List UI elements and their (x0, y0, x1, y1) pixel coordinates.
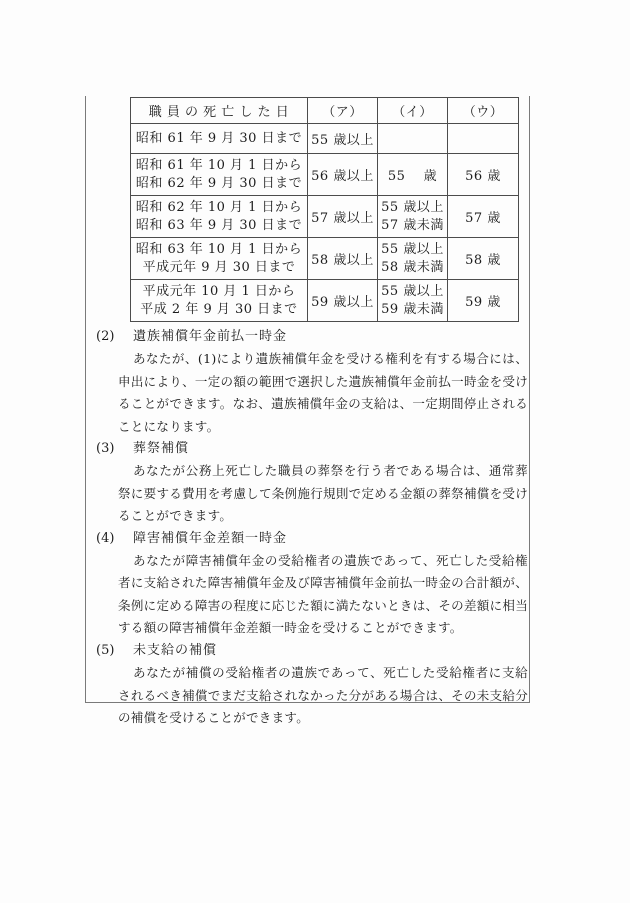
clause-number: (2) (96, 326, 133, 348)
clause-number: (4) (96, 528, 133, 550)
cell-death-date: 昭和 61 年 10 月 1 日から 昭和 62 年 9 月 30 日まで (131, 154, 308, 196)
document-page: 職 員 の 死 亡 し た 日 （ア） （イ） （ウ） 昭和 61 年 9 月 … (0, 0, 630, 903)
cell-a: 57 歳以上 (308, 196, 378, 238)
clause-body: あなたが公務上死亡した職員の葬祭を行う者である場合は、通常葬祭に要する費用を考慮… (118, 460, 528, 527)
cell-i: 55 歳以上 57 歳未満 (378, 196, 448, 238)
clause-disability-pension-balance-lump-sum: (4) 障害補償年金差額一時金 あなたが障害補償年金の受給権者の遺族であって、死… (96, 528, 520, 640)
cell-u: 58 歳 (448, 238, 519, 280)
table-row: 昭和 63 年 10 月 1 日から 平成元年 9 月 30 日まで 58 歳以… (131, 238, 519, 280)
col-header-i: （イ） (378, 98, 448, 124)
cell-i: 55 歳 (378, 154, 448, 196)
table-row: 昭和 62 年 10 月 1 日から 昭和 63 年 9 月 30 日まで 57… (131, 196, 519, 238)
page-frame: 職 員 の 死 亡 し た 日 （ア） （イ） （ウ） 昭和 61 年 9 月 … (85, 96, 530, 703)
cell-i (378, 124, 448, 154)
col-header-death-date: 職 員 の 死 亡 し た 日 (131, 98, 308, 124)
table-row: 昭和 61 年 9 月 30 日まで 55 歳以上 (131, 124, 519, 154)
cell-a: 59 歳以上 (308, 280, 378, 322)
clause-heading: (3) 葬祭補償 (96, 438, 520, 460)
clause-number: (5) (96, 640, 133, 662)
clause-heading: (2) 遺族補償年金前払一時金 (96, 326, 520, 348)
clause-title: 障害補償年金差額一時金 (133, 528, 287, 550)
cell-death-date: 昭和 62 年 10 月 1 日から 昭和 63 年 9 月 30 日まで (131, 196, 308, 238)
table-row: 昭和 61 年 10 月 1 日から 昭和 62 年 9 月 30 日まで 56… (131, 154, 519, 196)
cell-u: 56 歳 (448, 154, 519, 196)
col-header-u: （ウ） (448, 98, 519, 124)
cell-a: 58 歳以上 (308, 238, 378, 280)
clause-title: 葬祭補償 (133, 438, 189, 460)
cell-u (448, 124, 519, 154)
clause-survivor-advance-lump-sum: (2) 遺族補償年金前払一時金 あなたが、(1)により遺族補償年金を受ける権利を… (96, 326, 520, 438)
clause-body: あなたが、(1)により遺族補償年金を受ける権利を有する場合には、申出により、一定… (118, 348, 528, 438)
clauses: (2) 遺族補償年金前払一時金 あなたが、(1)により遺族補償年金を受ける権利を… (96, 326, 520, 729)
clause-body: あなたが補償の受給権者の遺族であって、死亡した受給権者に支給されるべき補償でまだ… (118, 662, 528, 729)
cell-a: 55 歳以上 (308, 124, 378, 154)
cell-death-date: 平成元年 10 月 1 日から 平成 2 年 9 月 30 日まで (131, 280, 308, 322)
clause-body: あなたが障害補償年金の受給権者の遺族であって、死亡した受給権者に支給された障害補… (118, 550, 528, 640)
cell-death-date: 昭和 63 年 10 月 1 日から 平成元年 9 月 30 日まで (131, 238, 308, 280)
table-row: 平成元年 10 月 1 日から 平成 2 年 9 月 30 日まで 59 歳以上… (131, 280, 519, 322)
clause-funeral-compensation: (3) 葬祭補償 あなたが公務上死亡した職員の葬祭を行う者である場合は、通常葬祭… (96, 438, 520, 528)
cell-i: 55 歳以上 58 歳未満 (378, 238, 448, 280)
clause-heading: (5) 未支給の補償 (96, 640, 520, 662)
clause-heading: (4) 障害補償年金差額一時金 (96, 528, 520, 550)
clause-number: (3) (96, 438, 133, 460)
cell-a: 56 歳以上 (308, 154, 378, 196)
col-header-a: （ア） (308, 98, 378, 124)
clause-title: 未支給の補償 (133, 640, 217, 662)
cell-death-date: 昭和 61 年 9 月 30 日まで (131, 124, 308, 154)
clause-unpaid-compensation: (5) 未支給の補償 あなたが補償の受給権者の遺族であって、死亡した受給権者に支… (96, 640, 520, 730)
cell-u: 59 歳 (448, 280, 519, 322)
cell-u: 57 歳 (448, 196, 519, 238)
clause-title: 遺族補償年金前払一時金 (133, 326, 287, 348)
cell-i: 55 歳以上 59 歳未満 (378, 280, 448, 322)
death-date-age-table: 職 員 の 死 亡 し た 日 （ア） （イ） （ウ） 昭和 61 年 9 月 … (130, 97, 519, 322)
table-header-row: 職 員 の 死 亡 し た 日 （ア） （イ） （ウ） (131, 98, 519, 124)
